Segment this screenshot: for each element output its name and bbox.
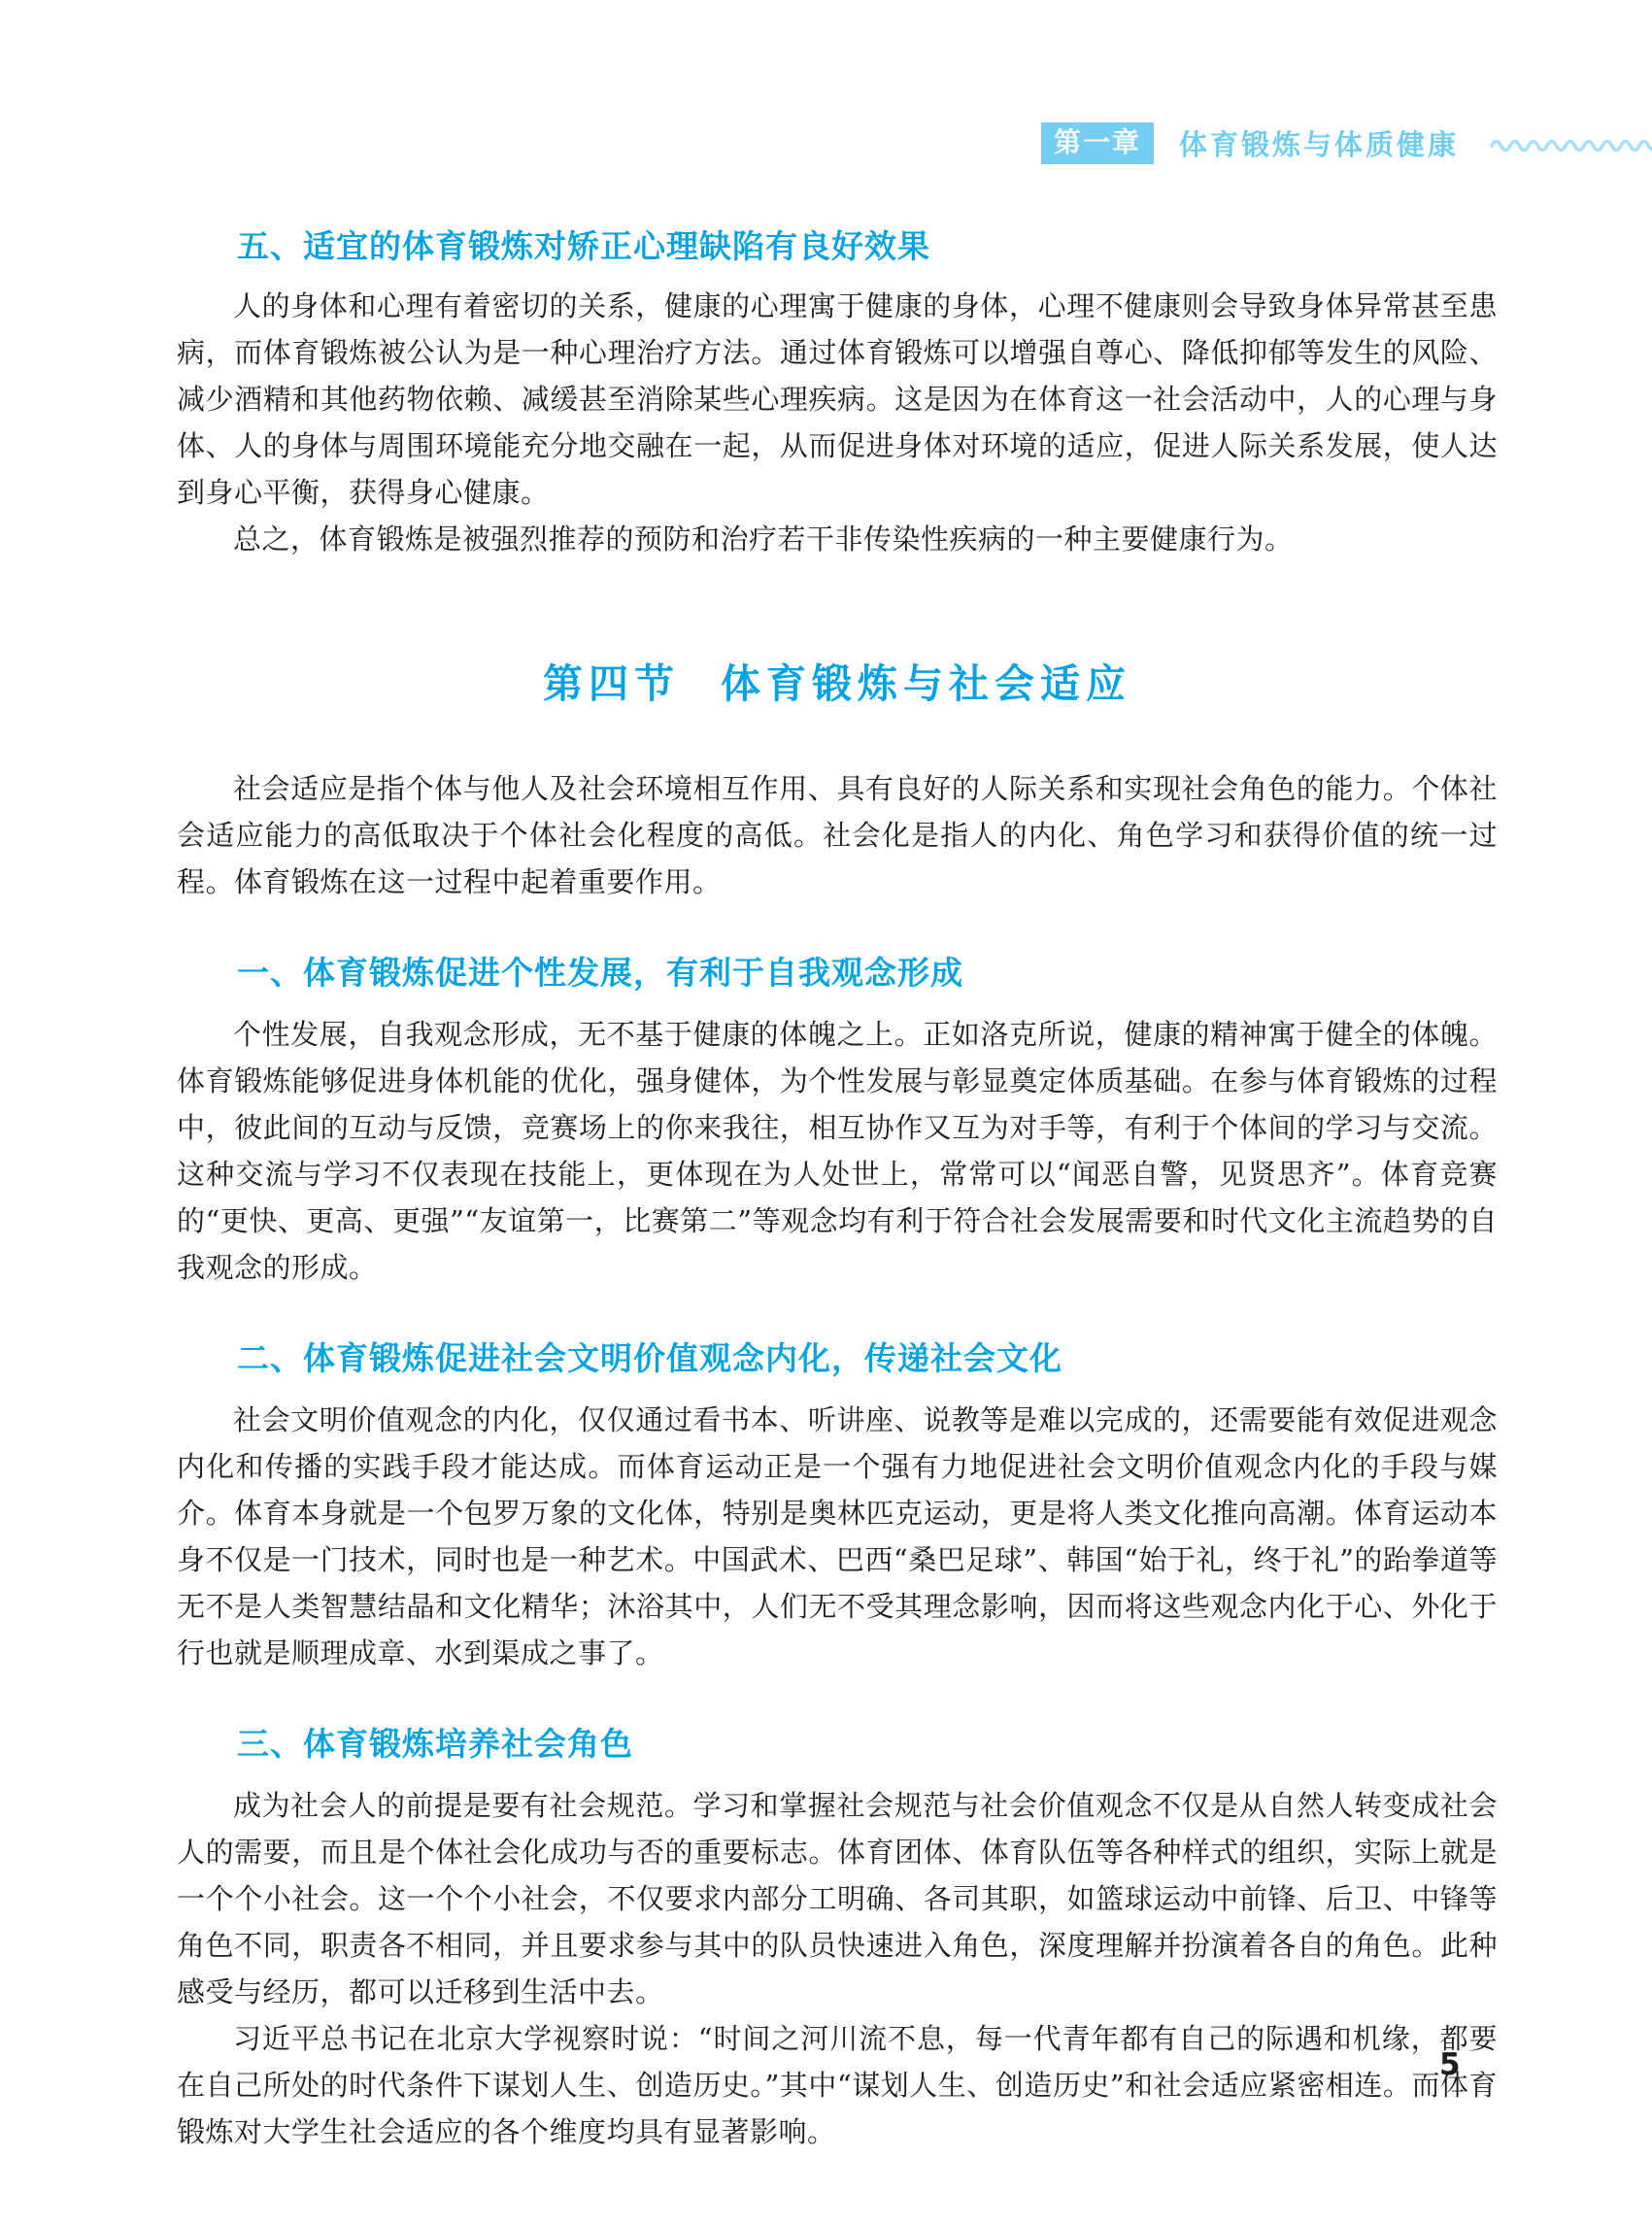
page-content: 五、适宜的体育锻炼对矫正心理缺陷有良好效果 人的身体和心理有着密切的关系，健康的… [177,0,1498,2155]
paragraph-two: 社会文明价值观念的内化，仅仅通过看书本、听讲座、说教等是难以完成的，还需要能有效… [177,1397,1498,1676]
paragraph-five-1: 人的身体和心理有着密切的关系，健康的心理寓于健康的身体，心理不健康则会导致身体异… [177,283,1498,516]
paragraph-three-1: 成为社会人的前提是要有社会规范。学习和掌握社会规范与社会价值观念不仅是从自然人转… [177,1782,1498,2015]
paragraph-five-2: 总之，体育锻炼是被强烈推荐的预防和治疗若干非传染性疾病的一种主要健康行为。 [177,516,1498,562]
page-number: 5 [1439,2047,1461,2082]
heading-subsection-two: 二、体育锻炼促进社会文明价值观念内化，传递社会文化 [177,1333,1498,1379]
heading-subsection-three: 三、体育锻炼培养社会角色 [177,1719,1498,1765]
section-number: 第四节 [543,660,680,707]
paragraph-three-2: 习近平总书记在北京大学视察时说：“时间之河川流不息，每一代青年都有自己的际遇和机… [177,2015,1498,2155]
section-intro-paragraph: 社会适应是指个体与他人及社会环境相互作用、具有良好的人际关系和实现社会角色的能力… [177,765,1498,905]
section-name: 体育锻炼与社会适应 [721,660,1131,707]
paragraph-one: 个性发展，自我观念形成，无不基于健康的体魄之上。正如洛克所说，健康的精神寓于健全… [177,1011,1498,1291]
heading-subsection-one: 一、体育锻炼促进个性发展，有利于自我观念形成 [177,948,1498,994]
wave-decoration-icon [1490,135,1652,152]
heading-section-five: 五、适宜的体育锻炼对矫正心理缺陷有良好效果 [177,221,1498,267]
section-four-title: 第四节体育锻炼与社会适应 [177,652,1498,709]
